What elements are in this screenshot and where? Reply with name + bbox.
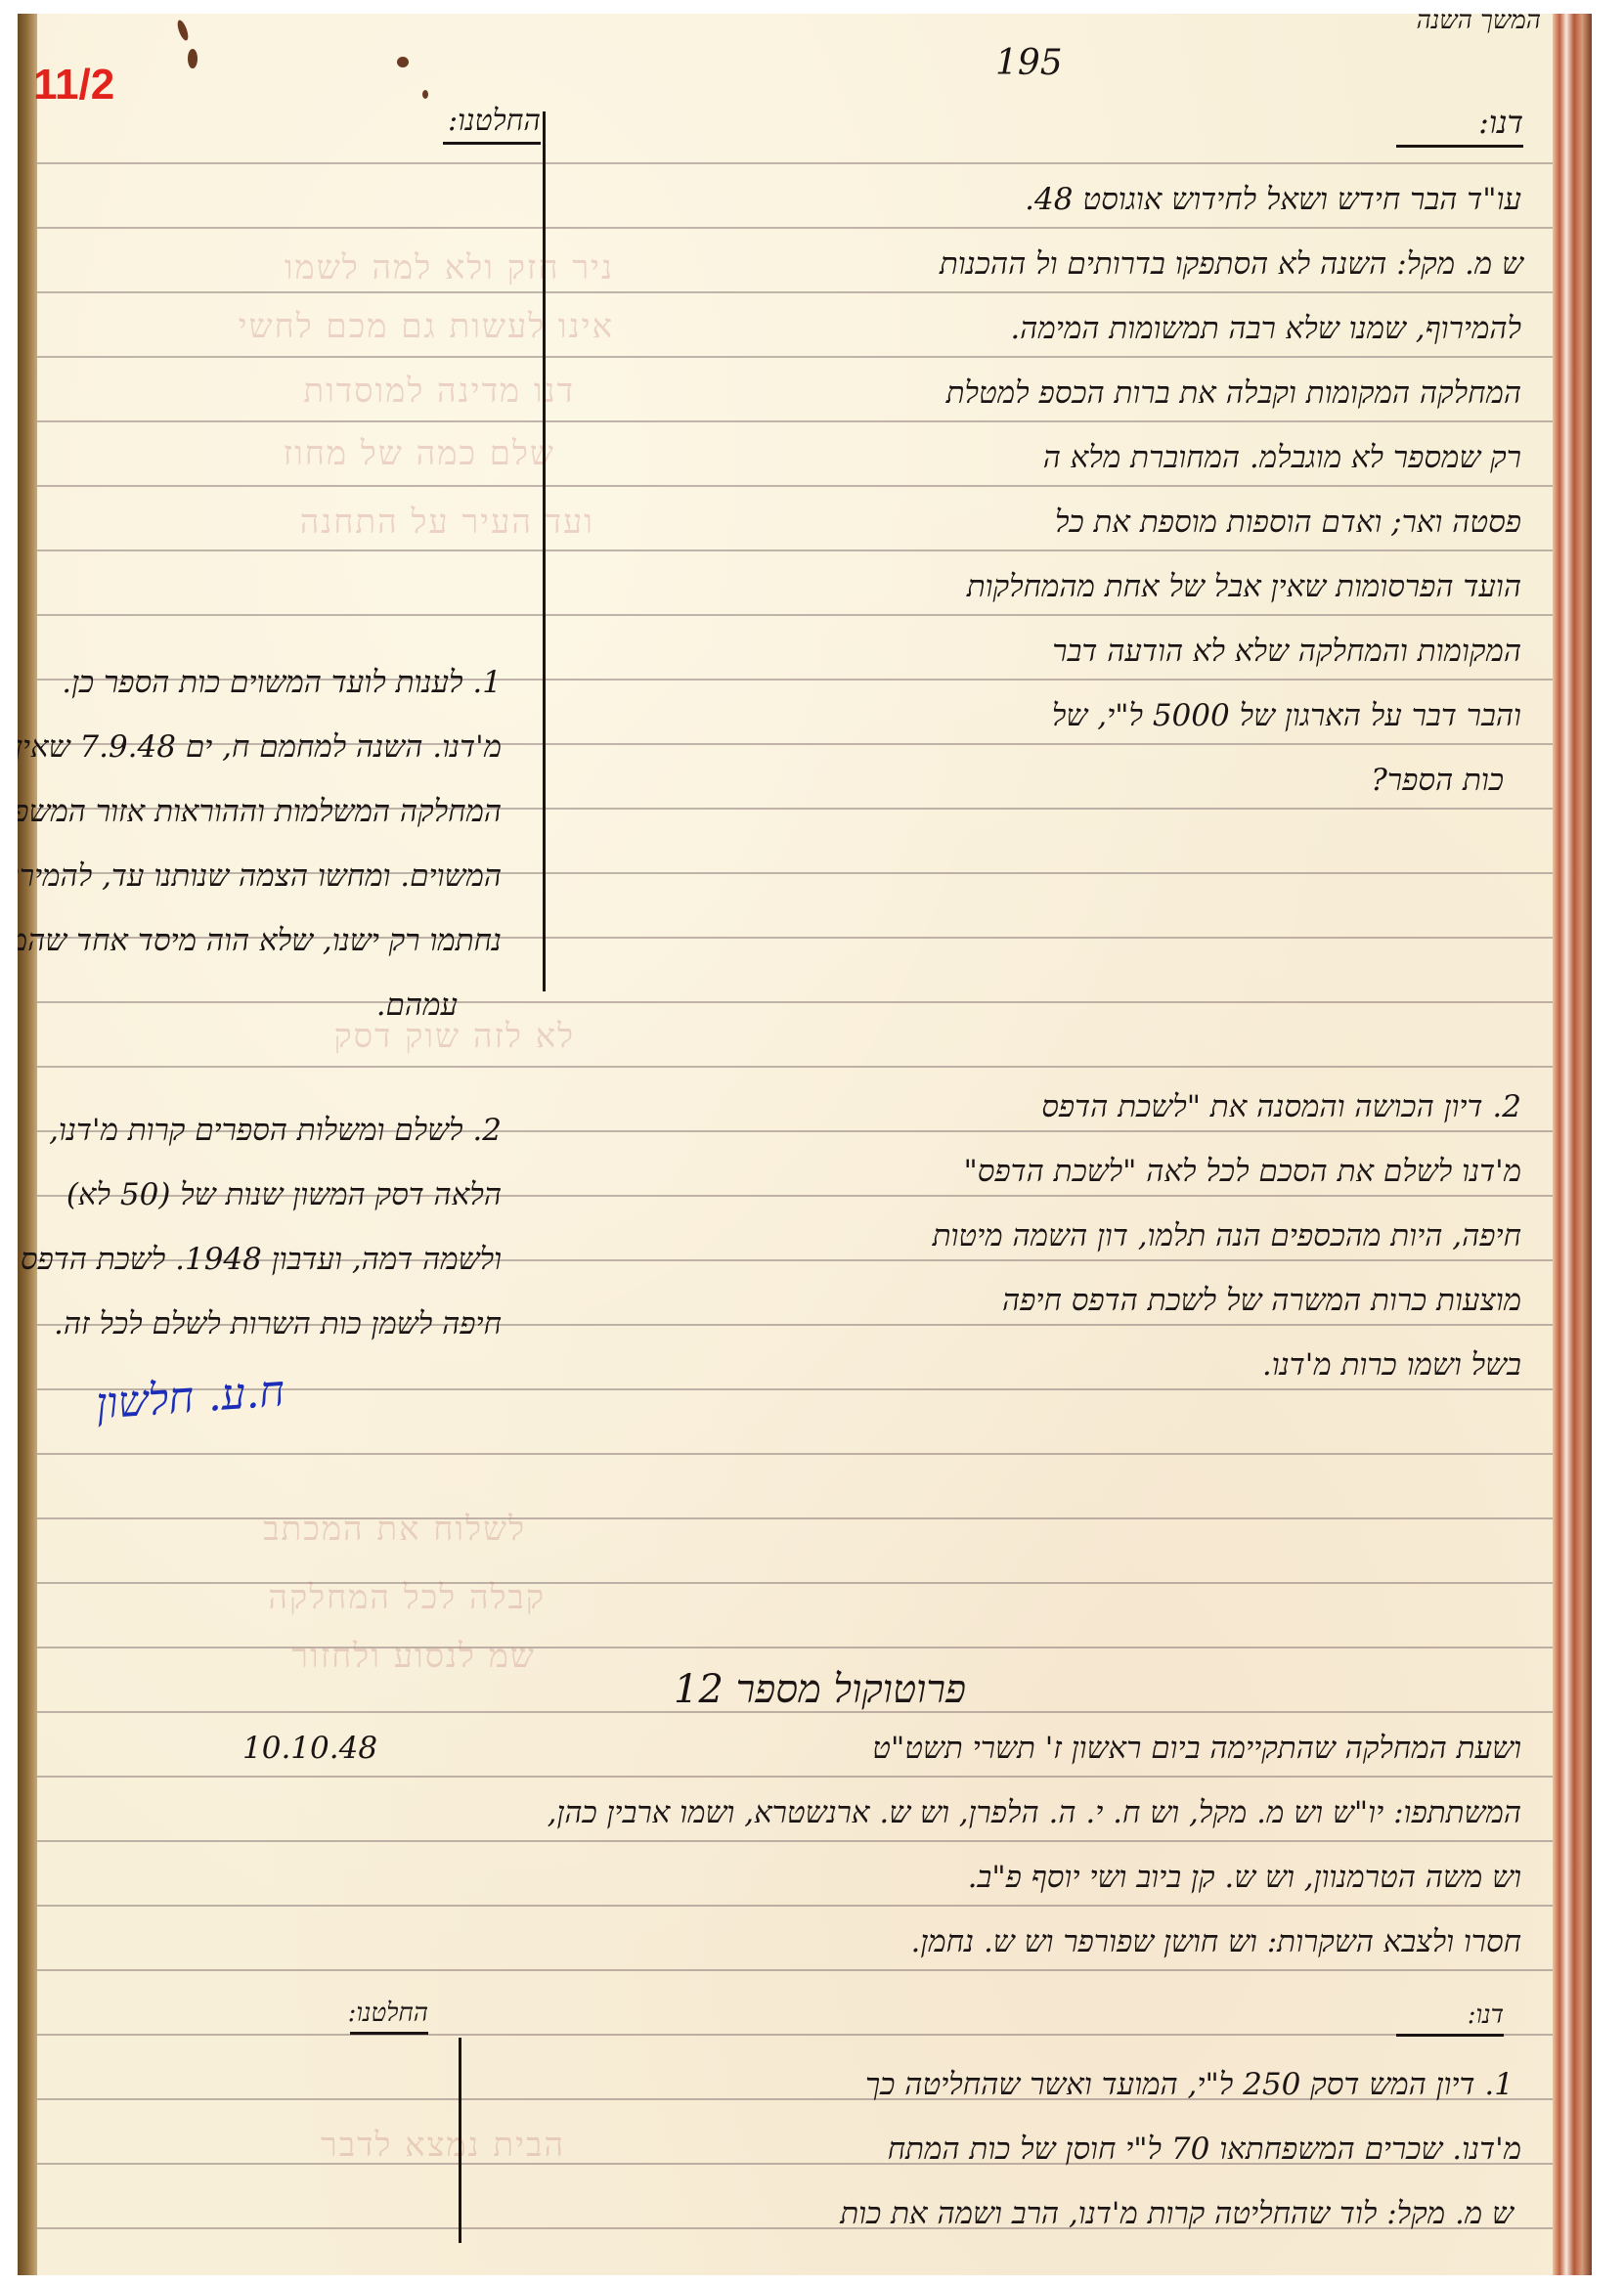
ink-stain bbox=[188, 49, 198, 68]
signature: ח.ע. חלשון bbox=[94, 1366, 285, 1428]
column-divider bbox=[543, 111, 546, 991]
minutes-item: מוצעות כרות המשרה של לשכת הדפס חיפה bbox=[1002, 1283, 1521, 1318]
ink-stain bbox=[422, 90, 428, 99]
minutes-line: פסטה ואר; ואדם הוספות מוספת את כל bbox=[1055, 505, 1521, 540]
scan-border bbox=[0, 2275, 1624, 2285]
minutes-line: והבר דבר על הארגון של 5000 ל"י, של bbox=[1052, 698, 1521, 733]
sheet-label: 11/2 bbox=[33, 61, 114, 110]
page-number: 195 bbox=[995, 43, 1063, 83]
decision-line: ולשמה דמה, ועדבון 1948. לשכת הדפס bbox=[21, 1242, 502, 1277]
ruled-line bbox=[37, 1647, 1553, 1648]
bleed-through-text: אינו לעשות גם מכם לחשי bbox=[239, 307, 614, 346]
minutes-line: ש מ. מקל: לוד שהחליטה קרות מ'דנו, הרב וש… bbox=[840, 2196, 1514, 2231]
minutes-line: כות הספר? bbox=[1371, 763, 1504, 798]
minutes-line: עו"ד הבר חידש ושאל לחידוש אוגוסט 48. bbox=[1025, 182, 1521, 217]
decision-line: חיפה לשמן כות השרות לשלם לכל זה. bbox=[54, 1306, 502, 1341]
ink-stain bbox=[175, 19, 190, 41]
bleed-through-text: ניר חזק ולא למה לשמו bbox=[285, 248, 614, 287]
ruled-line bbox=[37, 485, 1553, 487]
heading-decided: החלטנו: bbox=[443, 104, 541, 145]
ruled-line bbox=[37, 291, 1553, 293]
ruled-line bbox=[37, 420, 1553, 422]
minutes-line: ש מ. מקל: השנה לא הסתפקו בדרותים ול ההכנ… bbox=[940, 246, 1523, 282]
absent-line: חסרו ולצבא השקרות: וש חושן שפורפר וש ש. … bbox=[911, 1924, 1521, 1959]
decision-line: המשוים. ומחשו הצמה שנותנו עד, להמירוף bbox=[18, 858, 502, 894]
minutes-item: חיפה, היות מהכספים הנה תלמו, דון השמה מי… bbox=[933, 1218, 1521, 1253]
attendees-line: המשתתפו: יו"ש וש מ. מקל, וש ח. י. ה. הלפ… bbox=[548, 1795, 1521, 1830]
ruled-line bbox=[37, 1066, 1553, 1068]
ruled-line bbox=[37, 1582, 1553, 1584]
minutes-item: מ'דנו לשלם את הסכם לכל לאה "לשכת הדפס" bbox=[964, 1154, 1521, 1189]
minutes-line: המקומות והמחלקה שלא לא הודעה דבר bbox=[1052, 634, 1521, 669]
decision-line: נחתמו רק ישנו, שלא הוה מיסד אחד שהמשנ bbox=[18, 923, 502, 958]
decision-line: 1. לענות לועד המשוים כות הספר כן. bbox=[62, 665, 502, 700]
protocol-title: פרוטוקול מספר 12 bbox=[674, 1666, 966, 1712]
heading-discussed: דנו: bbox=[1396, 104, 1523, 148]
attendees-line: וש משה הטרמנוון, וש ש. קן ביוב ושי יוסף … bbox=[968, 1860, 1521, 1895]
minutes-line: הועד הפרסומות שאין אבל של אחת מהמחלקות bbox=[967, 569, 1521, 604]
page-edge bbox=[1553, 14, 1592, 2285]
ruled-line bbox=[37, 227, 1553, 229]
bleed-through-text: לא לזה שוק דסק bbox=[333, 1017, 575, 1056]
decision-line: המחלקה המשלמות וההוראות אזור המשפחות של bbox=[18, 794, 502, 829]
minutes-line: המחלקה המקומות וקבלה את ברות הכספ למטלת bbox=[946, 375, 1521, 411]
ruled-line bbox=[37, 549, 1553, 551]
bleed-through-text: ועד העיר על התחנה bbox=[300, 503, 594, 542]
minutes-line: רק שמספר לא מוגבלמ. המחוברת מלא ה bbox=[1043, 440, 1521, 475]
ruled-line bbox=[37, 614, 1553, 616]
bleed-through-text: הבית נמצא לדבר bbox=[321, 2126, 565, 2165]
notebook-page: ניר חזק ולא למה לשמו אינו לעשות גם מכם ל… bbox=[18, 14, 1592, 2285]
decision-line: מ'דנו. השנה למחמם ח, ים 7.9.48 שאין bbox=[18, 729, 502, 765]
ruled-line bbox=[37, 2034, 1553, 2036]
meeting-date: 10.10.48 bbox=[242, 1731, 377, 1766]
ruled-line bbox=[37, 1776, 1553, 1778]
minutes-item: 2. דיון הכושה והמסנה את "לשכת הדפס bbox=[1041, 1089, 1521, 1124]
ruled-line bbox=[37, 1001, 1553, 1003]
decision-line: עמהם. bbox=[376, 988, 458, 1023]
heading-discussed-2: דנו: bbox=[1396, 2000, 1504, 2037]
bleed-through-text: דנו מדינה למוסדות bbox=[303, 372, 575, 411]
ruled-line bbox=[37, 1840, 1553, 1842]
column-divider-2 bbox=[459, 2038, 461, 2243]
ruled-line bbox=[37, 356, 1553, 358]
heading-decided-2: החלטנו: bbox=[350, 1999, 428, 2035]
decision-line: 2. לשלם ומשלות הספרים קרות מ'דנו, bbox=[49, 1113, 502, 1148]
header-note: המשך השנה bbox=[1417, 14, 1541, 35]
ruled-line bbox=[37, 1905, 1553, 1907]
bleed-through-text: לשלוח את המכתב bbox=[263, 1510, 526, 1549]
bleed-through-text: שמ לנסוע ולחזור bbox=[291, 1637, 536, 1676]
minutes-line: להמירוף, שמנו שלא רבה תמשומות המימה. bbox=[1010, 311, 1521, 346]
decision-line: הלאה דסק המשון שנות של (50 לא) bbox=[66, 1177, 502, 1212]
minutes-item: בשל ושמו כרות מ'דנו. bbox=[1262, 1347, 1521, 1383]
bleed-through-text: שלם כמה של מחוז bbox=[284, 434, 555, 473]
minutes-line: מ'דנו. שכרים המשפחתאו 70 ל"י חוסן של כות… bbox=[888, 2131, 1521, 2167]
bleed-through-text: קבלה לכל המחלקה bbox=[268, 1578, 546, 1617]
ink-stain bbox=[397, 57, 409, 67]
ruled-line bbox=[37, 1453, 1553, 1455]
meeting-line: ושעת המחלקה שהתקיימה ביום ראשון ז' תשרי … bbox=[872, 1731, 1521, 1766]
minutes-line: 1. דיון המש דסק 250 ל"י, המועד ואשר שהחל… bbox=[865, 2067, 1514, 2102]
ruled-line bbox=[37, 1969, 1553, 1971]
ruled-line bbox=[37, 162, 1553, 164]
book-binding bbox=[18, 14, 37, 2285]
